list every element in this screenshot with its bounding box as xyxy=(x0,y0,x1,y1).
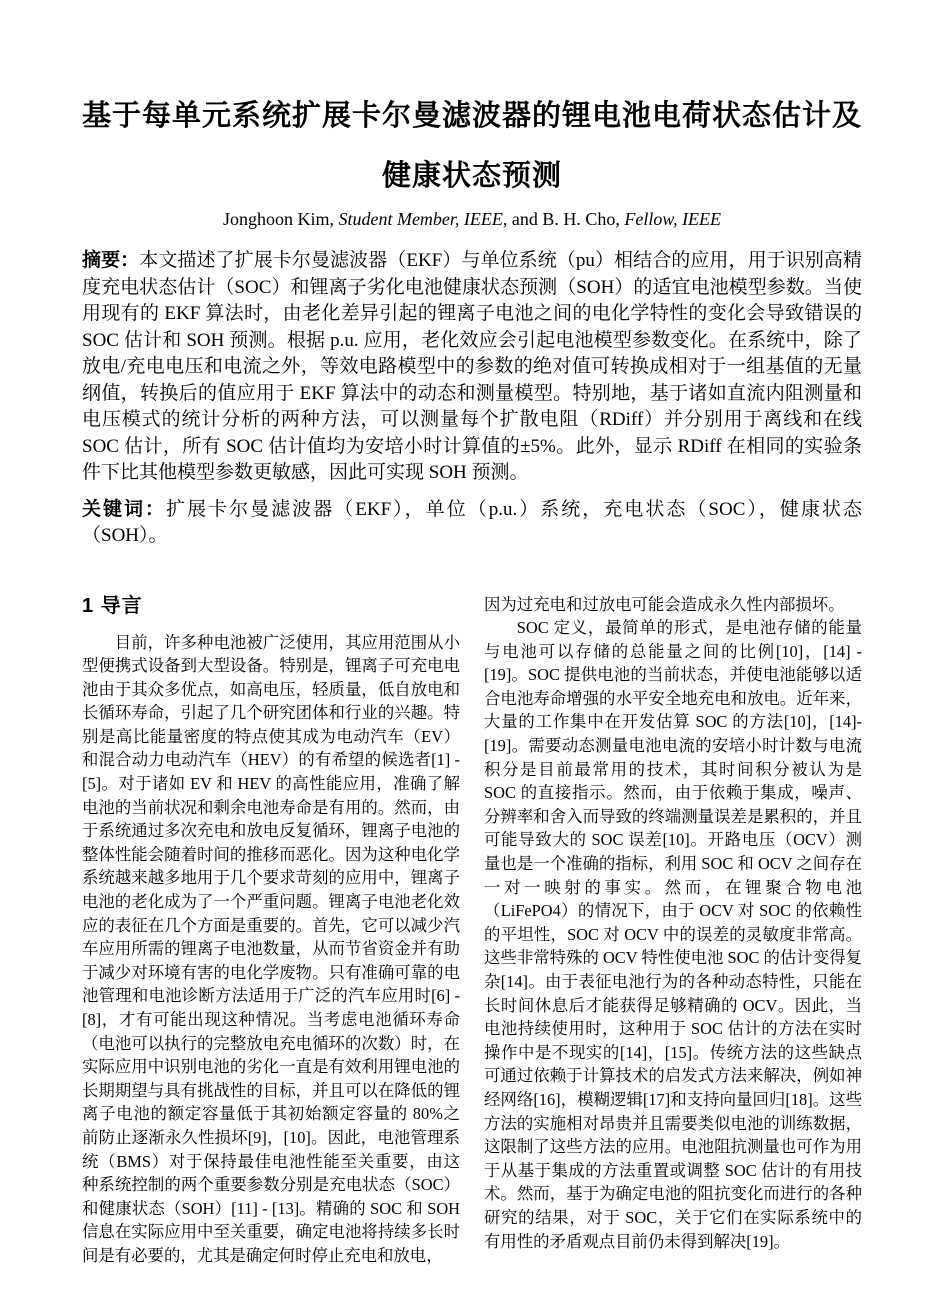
title-line-2: 健康状态预测 xyxy=(382,160,562,192)
section-1-right-paragraph: SOC 定义，最简单的形式，是电池存储的能量与电池可以存储的总能量之间的比例[1… xyxy=(484,616,862,1253)
author-name-1: Jonghoon Kim, xyxy=(223,209,339,229)
paper-title: 基于每单元系统扩展卡尔曼滤波器的锂电池电荷状态估计及健康状态预测 xyxy=(82,86,862,206)
section-1-heading: 1 导言 xyxy=(82,593,460,619)
author-line: Jonghoon Kim, Student Member, IEEE, and … xyxy=(82,208,862,230)
keywords-paragraph: 关键词：扩展卡尔曼滤波器（EKF），单位（p.u.）系统，充电状态（SOC），健… xyxy=(82,497,862,549)
right-column: 因为过充电和过放电可能会造成永久性内部损坏。 SOC 定义，最简单的形式，是电池… xyxy=(484,593,862,1268)
title-line-1: 基于每单元系统扩展卡尔曼滤波器的锂电池电荷状态估计及 xyxy=(82,100,862,132)
author-role-1: Student Member, IEEE xyxy=(338,209,502,229)
keywords-label: 关键词： xyxy=(82,499,166,520)
section-1-continuation: 因为过充电和过放电可能会造成永久性内部损坏。 xyxy=(484,593,862,617)
author-role-2: Fellow, IEEE xyxy=(624,209,721,229)
abstract-text: 本文描述了扩展卡尔曼滤波器（EKF）与单位系统（pu）相结合的应用，用于识别高精… xyxy=(82,250,862,483)
two-column-body: 1 导言 目前，许多种电池被广泛使用，其应用范围从小型便携式设备到大型设备。特别… xyxy=(82,593,862,1268)
author-name-2: , and B. H. Cho, xyxy=(503,209,625,229)
section-1-left-paragraph: 目前，许多种电池被广泛使用，其应用范围从小型便携式设备到大型设备。特别是，锂离子… xyxy=(82,631,460,1268)
keywords-text: 扩展卡尔曼滤波器（EKF），单位（p.u.）系统，充电状态（SOC），健康状态（… xyxy=(82,499,862,546)
abstract-paragraph: 摘要：本文描述了扩展卡尔曼滤波器（EKF）与单位系统（pu）相结合的应用，用于识… xyxy=(82,248,862,487)
paper-page: 基于每单元系统扩展卡尔曼滤波器的锂电池电荷状态估计及健康状态预测 Jonghoo… xyxy=(0,0,926,1309)
abstract-label: 摘要： xyxy=(82,250,139,271)
left-column: 1 导言 目前，许多种电池被广泛使用，其应用范围从小型便携式设备到大型设备。特别… xyxy=(82,593,460,1268)
